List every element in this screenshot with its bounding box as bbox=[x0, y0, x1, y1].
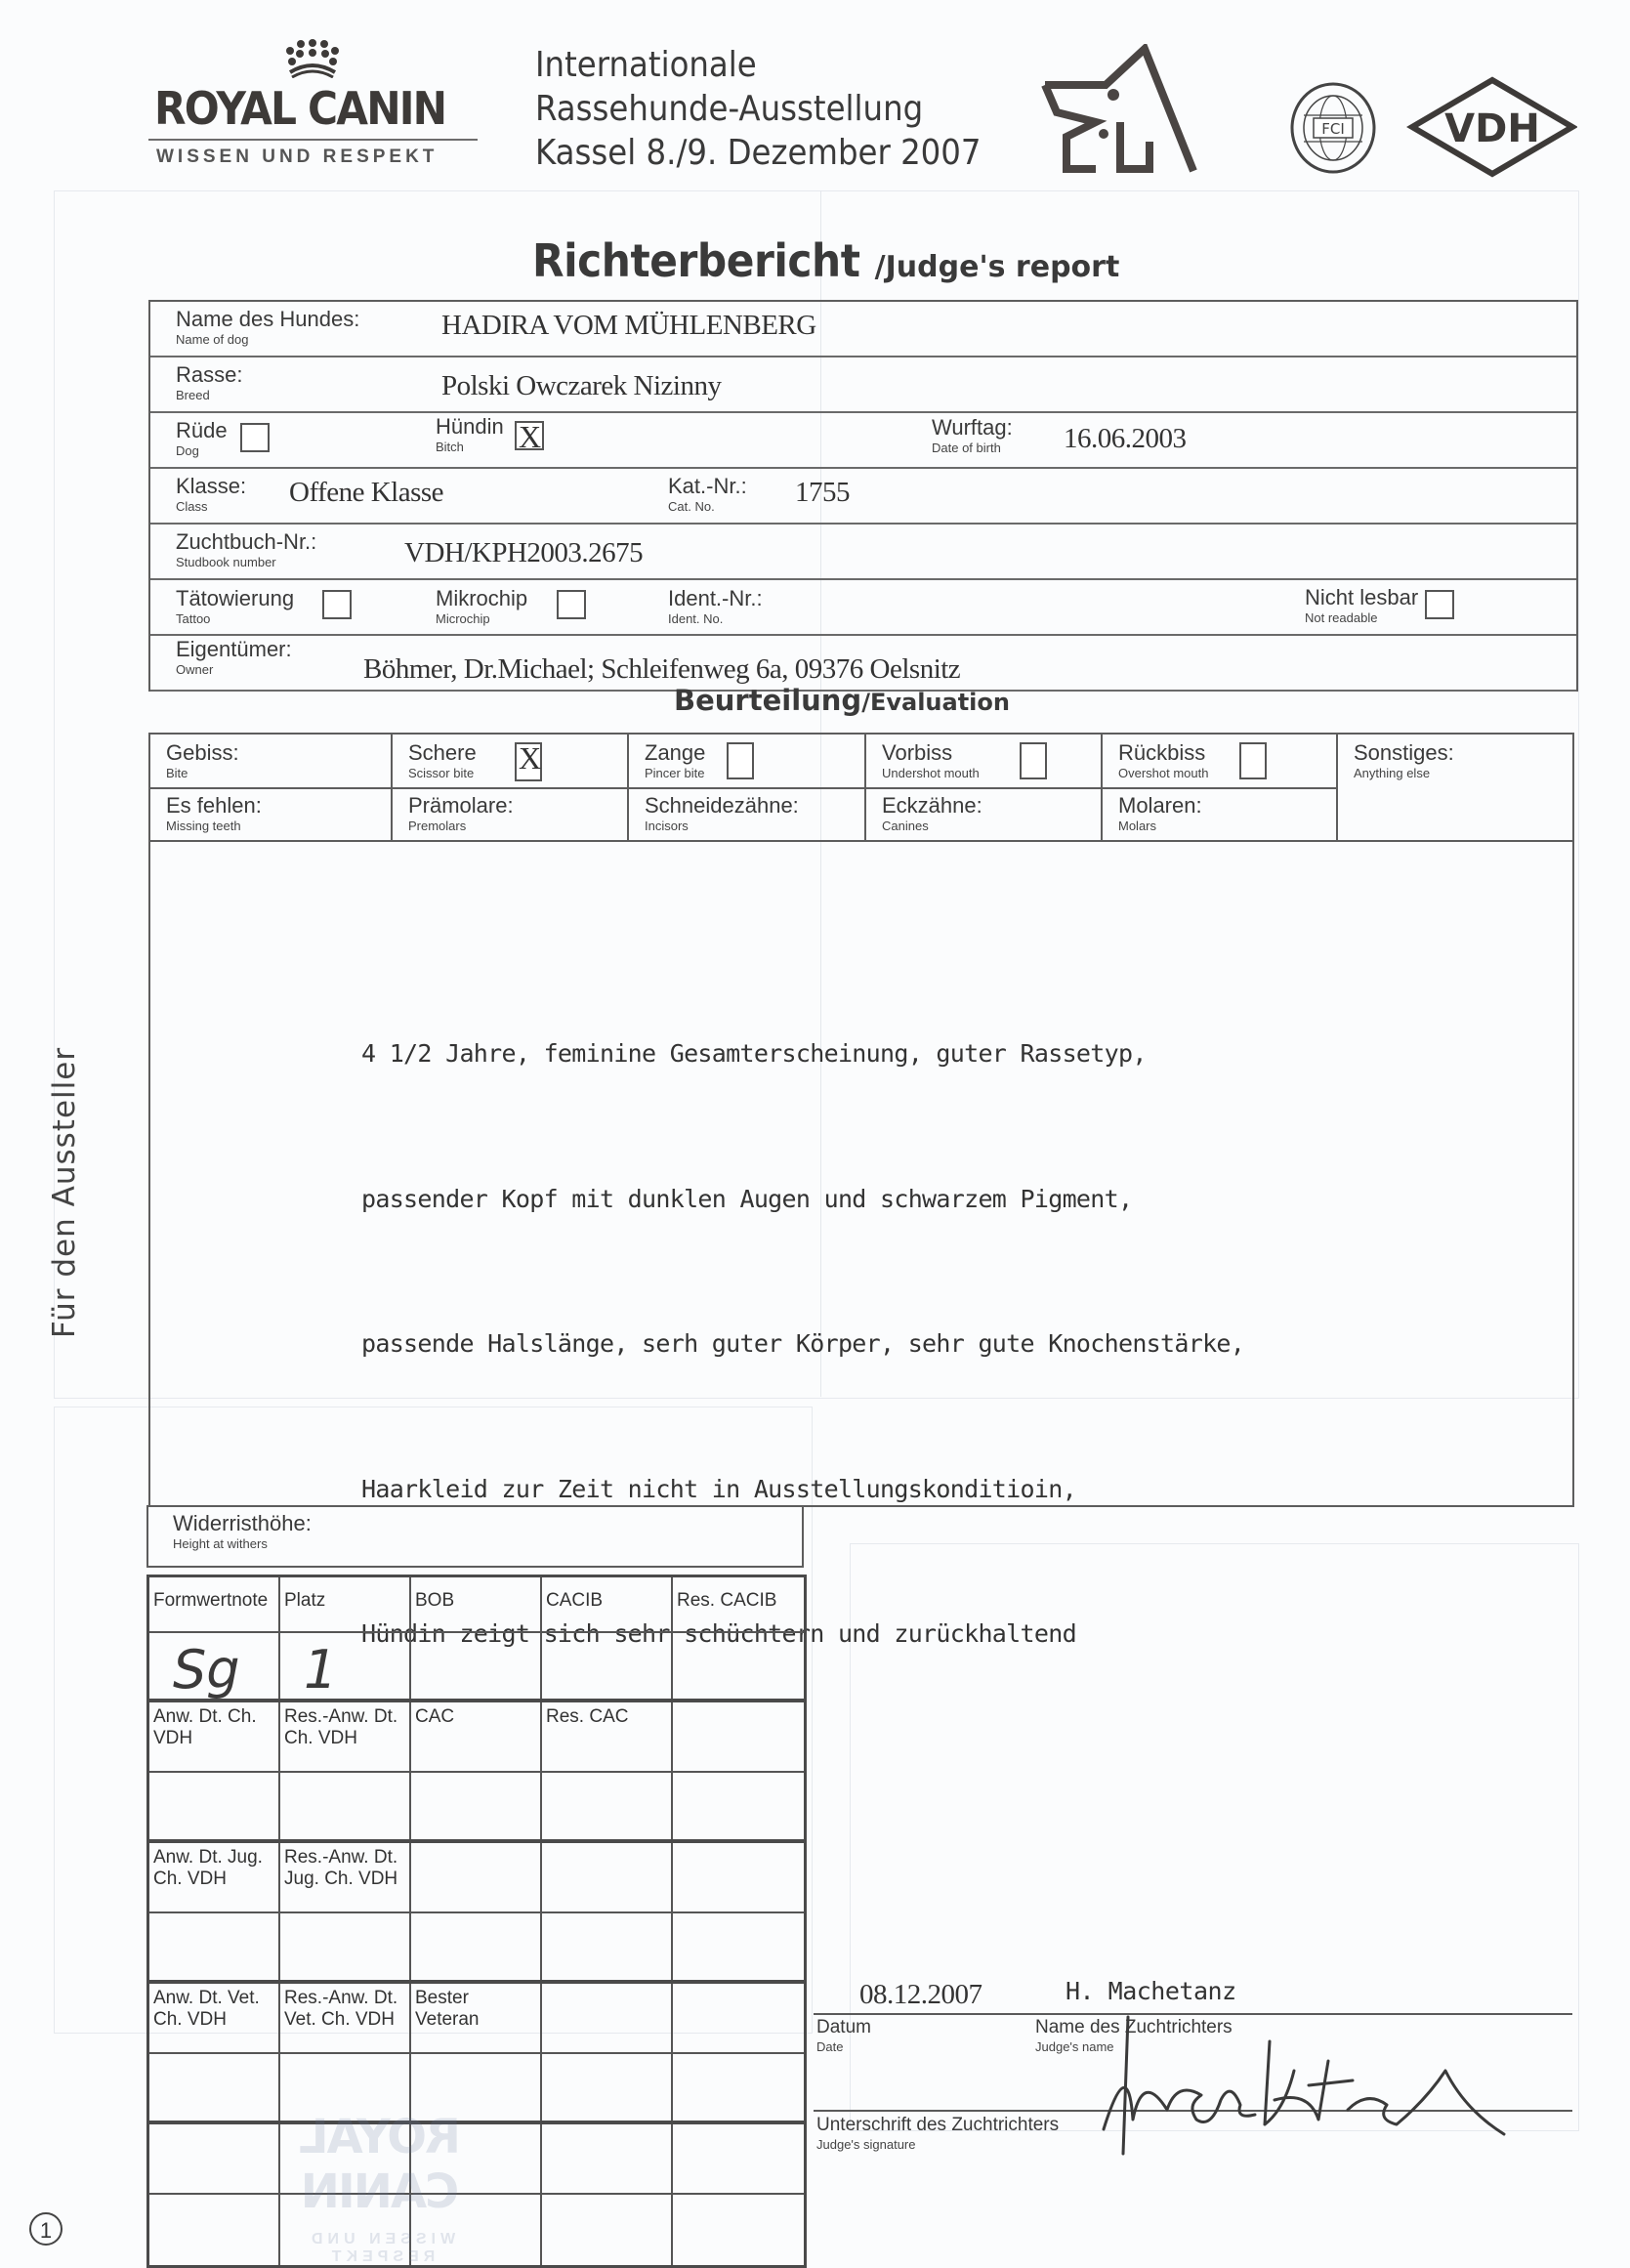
vdh-logo-icon: VDH bbox=[1406, 76, 1577, 179]
bite-cell: Gebiss:Bite bbox=[150, 735, 393, 789]
award-value-field[interactable] bbox=[149, 1913, 280, 1980]
award-value-row: Sg1 bbox=[149, 1633, 804, 1702]
withers-box: Widerristhöhe:Height at withers bbox=[146, 1505, 804, 1568]
award-value-field[interactable] bbox=[411, 1773, 542, 1839]
award-value-row bbox=[149, 1773, 804, 1843]
award-label: CAC bbox=[411, 1702, 542, 1771]
studbook-label: Zuchtbuch-Nr.:Studbook number bbox=[176, 531, 316, 570]
canines-cell: Eckzähne:Canines bbox=[866, 789, 1103, 842]
dog-name-label: Name des Hundes:Name of dog bbox=[176, 309, 359, 348]
pincer-bite-checkbox[interactable] bbox=[727, 742, 754, 779]
crown-icon bbox=[278, 39, 347, 78]
report-title-sub: /Judge's report bbox=[875, 250, 1120, 284]
award-label: Res. CAC bbox=[542, 1702, 673, 1771]
award-label bbox=[411, 1843, 542, 1911]
undershot-cell: VorbissUndershot mouth bbox=[866, 735, 1103, 789]
award-value-field[interactable] bbox=[542, 2054, 673, 2121]
judge-signature-icon bbox=[1074, 2012, 1543, 2159]
class-label: Klasse:Class bbox=[176, 476, 246, 515]
award-value-field[interactable] bbox=[673, 2195, 804, 2265]
dog-info-grid: Name des Hundes:Name of dog HADIRA VOM M… bbox=[148, 300, 1578, 692]
sponsor-rule bbox=[148, 139, 478, 141]
award-value-field[interactable] bbox=[673, 1633, 804, 1699]
award-label bbox=[542, 1984, 673, 2052]
signature-label: Unterschrift des ZuchtrichtersJudge's si… bbox=[816, 2116, 1059, 2155]
row-identification: TätowierungTattoo MikrochipMicrochip Ide… bbox=[150, 580, 1576, 636]
award-value-field[interactable] bbox=[542, 2195, 673, 2265]
evaluation-heading-en: /Evaluation bbox=[861, 689, 1010, 716]
breed-value[interactable]: Polski Owczarek Nizinny bbox=[441, 370, 722, 402]
award-label: Bester Veteran bbox=[411, 1984, 542, 2052]
award-value-field[interactable] bbox=[542, 1913, 673, 1980]
award-label bbox=[673, 1843, 804, 1911]
award-value-field[interactable] bbox=[542, 1773, 673, 1839]
withers-label: Widerristhöhe:Height at withers bbox=[173, 1513, 312, 1552]
owner-value[interactable]: Böhmer, Dr.Michael; Schleifenweg 6a, 093… bbox=[363, 653, 960, 686]
fci-logo-icon: FCI bbox=[1289, 81, 1377, 175]
birth-date-value[interactable]: 16.06.2003 bbox=[1064, 423, 1187, 455]
row-studbook: Zuchtbuch-Nr.:Studbook number VDH/KPH200… bbox=[150, 525, 1576, 580]
award-label: BOB bbox=[411, 1577, 542, 1631]
judge-name-value[interactable]: H. Machetanz bbox=[1066, 1977, 1236, 2005]
award-value-field[interactable] bbox=[673, 1773, 804, 1839]
not-readable-label: Nicht lesbarNot readable bbox=[1305, 587, 1418, 626]
dog-head-icon bbox=[1037, 44, 1203, 176]
row-sex-birth: RüdeDog HündinBitch Wurftag:Date of birt… bbox=[150, 413, 1576, 469]
microchip-label: MikrochipMicrochip bbox=[436, 588, 527, 627]
molars-cell: Molaren:Molars bbox=[1103, 789, 1338, 842]
award-label: Anw. Dt. Vet. Ch. VDH bbox=[149, 1984, 280, 2052]
report-title-main: Richterbericht bbox=[532, 234, 859, 287]
ident-no-label: Ident.-Nr.:Ident. No. bbox=[668, 588, 763, 627]
missing-teeth-cell: Es fehlen:Missing teeth bbox=[150, 789, 393, 842]
sponsor-brand: ROYAL CANIN bbox=[154, 82, 445, 135]
award-value-field[interactable] bbox=[280, 1913, 411, 1980]
page-number: 1 bbox=[29, 2212, 63, 2246]
bleed-through-logo: ROYAL CANIN WISSEN UND RESPEKT bbox=[259, 2110, 503, 2266]
catalog-no-value[interactable]: 1755 bbox=[795, 477, 850, 509]
award-value-field[interactable] bbox=[411, 1633, 542, 1699]
overshot-checkbox[interactable] bbox=[1239, 742, 1267, 779]
award-value-field[interactable]: 1 bbox=[280, 1633, 411, 1699]
award-value-field[interactable] bbox=[411, 1913, 542, 1980]
show-title-line: Internationale bbox=[535, 43, 982, 87]
critique-line: 4 1/2 Jahre, feminine Gesamterscheinung,… bbox=[361, 1029, 1244, 1078]
award-label: Res.-Anw. Dt. Ch. VDH bbox=[280, 1702, 411, 1771]
breed-label: Rasse:Breed bbox=[176, 364, 242, 403]
award-value-field[interactable] bbox=[673, 2054, 804, 2121]
overshot-cell: RückbissOvershot mouth bbox=[1103, 735, 1338, 789]
row-dog-name: Name des Hundes:Name of dog HADIRA VOM M… bbox=[150, 302, 1576, 357]
row-breed: Rasse:Breed Polski Owczarek Nizinny bbox=[150, 357, 1576, 413]
show-title: Internationale Rassehunde-Ausstellung Ka… bbox=[535, 43, 982, 175]
award-label: Res.-Anw. Dt. Jug. Ch. VDH bbox=[280, 1843, 411, 1911]
male-label: RüdeDog bbox=[176, 420, 228, 459]
bite-table: Gebiss:Bite SchereScissor bite ZangePinc… bbox=[148, 733, 1574, 842]
report-title: Richterbericht/Judge's report bbox=[532, 234, 1119, 287]
svg-text:FCI: FCI bbox=[1321, 120, 1345, 138]
award-label: Res. CACIB bbox=[673, 1577, 804, 1631]
critique-line: passende Halslänge, serh guter Körper, s… bbox=[361, 1320, 1244, 1368]
show-title-line: Kassel 8./9. Dezember 2007 bbox=[535, 131, 982, 175]
evaluation-heading: Beurteilung/Evaluation bbox=[674, 684, 1010, 717]
award-value-field[interactable]: Sg bbox=[149, 1633, 280, 1699]
female-checkbox[interactable] bbox=[515, 421, 544, 450]
award-header-row: FormwertnotePlatzBOBCACIBRes. CACIB bbox=[149, 1577, 804, 1633]
award-value-field[interactable] bbox=[149, 1773, 280, 1839]
critique-line: passender Kopf mit dunklen Augen und sch… bbox=[361, 1175, 1244, 1224]
anything-else-cell: Sonstiges:Anything else bbox=[1338, 735, 1574, 842]
class-value[interactable]: Offene Klasse bbox=[289, 477, 443, 509]
award-label: Anw. Dt. Jug. Ch. VDH bbox=[149, 1843, 280, 1911]
evaluation-heading-de: Beurteilung bbox=[674, 684, 861, 717]
catalog-no-label: Kat.-Nr.:Cat. No. bbox=[668, 476, 747, 515]
microchip-checkbox[interactable] bbox=[557, 590, 586, 619]
award-value-field[interactable] bbox=[673, 1913, 804, 1980]
studbook-value[interactable]: VDH/KPH2003.2675 bbox=[404, 537, 643, 569]
award-header-row: Anw. Dt. Ch. VDHRes.-Anw. Dt. Ch. VDHCAC… bbox=[149, 1702, 804, 1773]
sponsor-tagline: WISSEN UND RESPEKT bbox=[156, 147, 438, 168]
award-label bbox=[542, 2124, 673, 2193]
scissor-bite-cell: SchereScissor bite bbox=[393, 735, 629, 789]
owner-label: Eigentümer:Owner bbox=[176, 639, 292, 678]
award-value-field[interactable] bbox=[542, 1633, 673, 1699]
pincer-bite-cell: ZangePincer bite bbox=[629, 735, 866, 789]
award-label bbox=[673, 1702, 804, 1771]
show-title-line: Rassehunde-Ausstellung bbox=[535, 87, 982, 131]
award-label: Formwertnote bbox=[149, 1577, 280, 1631]
award-value-row bbox=[149, 1913, 804, 1984]
male-checkbox[interactable] bbox=[240, 423, 270, 452]
birth-date-label: Wurftag:Date of birth bbox=[932, 417, 1013, 456]
award-header-row: Anw. Dt. Jug. Ch. VDHRes.-Anw. Dt. Jug. … bbox=[149, 1843, 804, 1913]
scissor-bite-checkbox[interactable] bbox=[515, 742, 542, 781]
award-label: Res.-Anw. Dt. Vet. Ch. VDH bbox=[280, 1984, 411, 2052]
date-label: DatumDate bbox=[816, 2018, 871, 2057]
award-label bbox=[542, 1843, 673, 1911]
award-value-field[interactable] bbox=[280, 1773, 411, 1839]
date-value[interactable]: 08.12.2007 bbox=[859, 1979, 982, 2011]
premolars-cell: Prämolare:Premolars bbox=[393, 789, 629, 842]
award-label bbox=[673, 2124, 804, 2193]
award-label bbox=[673, 1984, 804, 2052]
row-class-catalog: Klasse:Class Offene Klasse Kat.-Nr.:Cat.… bbox=[150, 469, 1576, 525]
exhibitor-copy-label: Für den Aussteller bbox=[47, 1047, 82, 1338]
incisors-cell: Schneidezähne:Incisors bbox=[629, 789, 866, 842]
tattoo-checkbox[interactable] bbox=[322, 590, 352, 619]
dog-name-value[interactable]: HADIRA VOM MÜHLENBERG bbox=[441, 310, 816, 342]
tattoo-label: TätowierungTattoo bbox=[176, 588, 294, 627]
award-label: Anw. Dt. Ch. VDH bbox=[149, 1702, 280, 1771]
award-label: CACIB bbox=[542, 1577, 673, 1631]
female-label: HündinBitch bbox=[436, 416, 504, 455]
award-header-row: Anw. Dt. Vet. Ch. VDHRes.-Anw. Dt. Vet. … bbox=[149, 1984, 804, 2054]
svg-text:VDH: VDH bbox=[1444, 106, 1540, 151]
not-readable-checkbox[interactable] bbox=[1425, 590, 1454, 619]
award-label: Platz bbox=[280, 1577, 411, 1631]
undershot-checkbox[interactable] bbox=[1020, 742, 1047, 779]
